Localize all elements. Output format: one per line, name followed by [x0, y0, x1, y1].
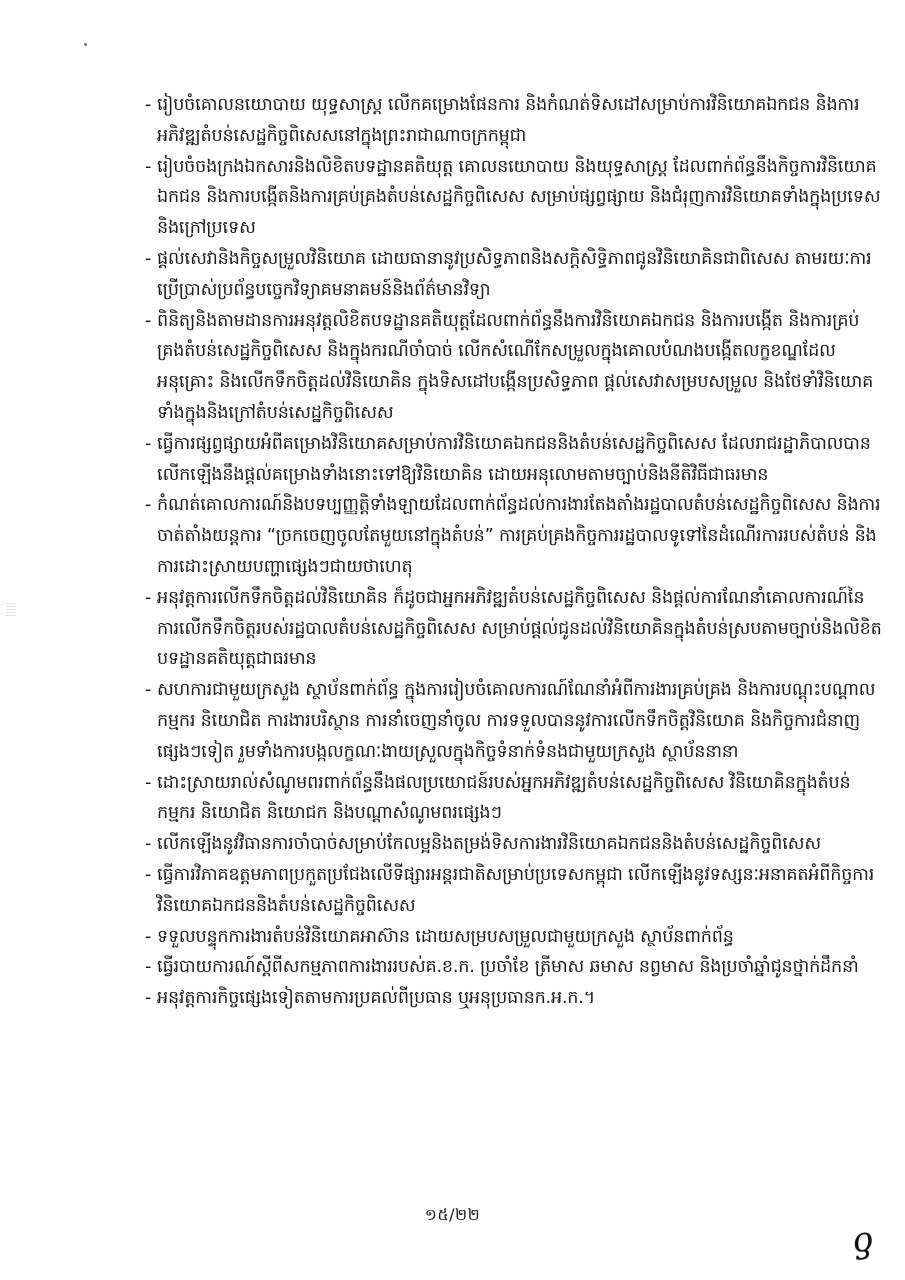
list-item-text: អនុវត្តការកិច្ចផ្សេងទៀតតាមការប្រគល់ពីប្រ…	[157, 983, 885, 1014]
list-item-text: ធ្វើរបាយការណ៍ស្តីពីសកម្មភាពការងាររបស់គ.ខ…	[157, 952, 885, 983]
list-item-text: រៀបចំចងក្រងឯកសារនិងលិខិតបទដ្ឋានគតិយុត្ត …	[157, 152, 885, 244]
list-item-text: ដោះស្រាយរាល់សំណូមពរពាក់ព័ន្ធនឹងផលប្រយោជន…	[157, 768, 885, 830]
list-item: - អនុវត្តការកិច្ចផ្សេងទៀតតាមការប្រគល់ពីប…	[145, 983, 885, 1014]
list-item-text: អនុវត្តការលើកទឹកចិត្តដល់វិនិយោគិន ក៏ដូចជ…	[157, 583, 885, 675]
page-number: ១៥/២២	[0, 1204, 905, 1228]
bullet-dash: -	[145, 922, 155, 953]
list-item: - លើកឡើងនូវវិធានការចាំបាច់សម្រាប់កែលម្អន…	[145, 829, 885, 860]
list-item: - ធ្វើការផ្សព្វផ្សាយអំពីគម្រោងវិនិយោគសម្…	[145, 429, 885, 491]
list-item-text: សហការជាមួយក្រសួង ស្ថាប័នពាក់ព័ន្ធ ក្នុងក…	[157, 675, 885, 767]
list-item: - ធ្វើរបាយការណ៍ស្តីពីសកម្មភាពការងាររបស់គ…	[145, 952, 885, 983]
list-item-text: កំណត់គោលការណ៍និងបទប្បញ្ញត្តិទាំងឡាយដែលពា…	[157, 490, 885, 582]
bullet-dash: -	[145, 90, 155, 121]
bullet-dash: -	[145, 244, 155, 275]
list-item-text: ទទួលបន្ទុកការងារតំបន់វិនិយោគអាស៊ាន ដោយសម…	[157, 922, 885, 953]
list-item: - សហការជាមួយក្រសួង ស្ថាប័នពាក់ព័ន្ធ ក្នុ…	[145, 675, 885, 767]
list-item: - ពិនិត្យនិងតាមដានការអនុវត្តលិខិតបទដ្ឋាន…	[145, 306, 885, 429]
bullet-dash: -	[145, 768, 155, 799]
list-item: - កំណត់គោលការណ៍និងបទប្បញ្ញត្តិទាំងឡាយដែល…	[145, 490, 885, 582]
list-item-text: ធ្វើការវិភាគឧត្តមភាពប្រកួតប្រជែងលើទីផ្សា…	[157, 860, 885, 922]
bullet-dash: -	[145, 152, 155, 183]
bullet-dash: -	[145, 860, 155, 891]
bullet-dash: -	[145, 952, 155, 983]
bullet-dash: -	[145, 829, 155, 860]
bullet-dash: -	[145, 675, 155, 706]
bullet-dash: -	[145, 983, 155, 1014]
list-item: - រៀបចំចងក្រងឯកសារនិងលិខិតបទដ្ឋានគតិយុត្…	[145, 152, 885, 244]
scan-margin-mark	[6, 603, 16, 617]
list-item-text: ផ្តល់សេវានិងកិច្ចសម្រួលវិនិយោគ ដោយធានានូ…	[157, 244, 885, 306]
scan-speck	[84, 43, 87, 46]
duties-list: - រៀបចំគោលនយោបាយ យុទ្ធសាស្ត្រ លើកគម្រោងផ…	[145, 90, 885, 1014]
list-item: - អនុវត្តការលើកទឹកចិត្តដល់វិនិយោគិន ក៏ដូ…	[145, 583, 885, 675]
list-item-text: រៀបចំគោលនយោបាយ យុទ្ធសាស្ត្រ លើកគម្រោងផែន…	[157, 90, 885, 152]
list-item: - ទទួលបន្ទុកការងារតំបន់វិនិយោគអាស៊ាន ដោយ…	[145, 922, 885, 953]
document-page: - រៀបចំគោលនយោបាយ យុទ្ធសាស្ត្រ លើកគម្រោងផ…	[0, 0, 905, 1280]
list-item: - រៀបចំគោលនយោបាយ យុទ្ធសាស្ត្រ លើកគម្រោងផ…	[145, 90, 885, 152]
list-item-text: ធ្វើការផ្សព្វផ្សាយអំពីគម្រោងវិនិយោគសម្រា…	[157, 429, 885, 491]
list-item: - ផ្តល់សេវានិងកិច្ចសម្រួលវិនិយោគ ដោយធានា…	[145, 244, 885, 306]
bullet-dash: -	[145, 583, 155, 614]
list-item-text: ពិនិត្យនិងតាមដានការអនុវត្តលិខិតបទដ្ឋានគត…	[157, 306, 885, 429]
bullet-dash: -	[145, 490, 155, 521]
bullet-dash: -	[145, 429, 155, 460]
list-item: - ធ្វើការវិភាគឧត្តមភាពប្រកួតប្រជែងលើទីផ្…	[145, 860, 885, 922]
bullet-dash: -	[145, 306, 155, 337]
list-item-text: លើកឡើងនូវវិធានការចាំបាច់សម្រាប់កែលម្អនិង…	[157, 829, 885, 860]
list-item: - ដោះស្រាយរាល់សំណូមពរពាក់ព័ន្ធនឹងផលប្រយោ…	[145, 768, 885, 830]
